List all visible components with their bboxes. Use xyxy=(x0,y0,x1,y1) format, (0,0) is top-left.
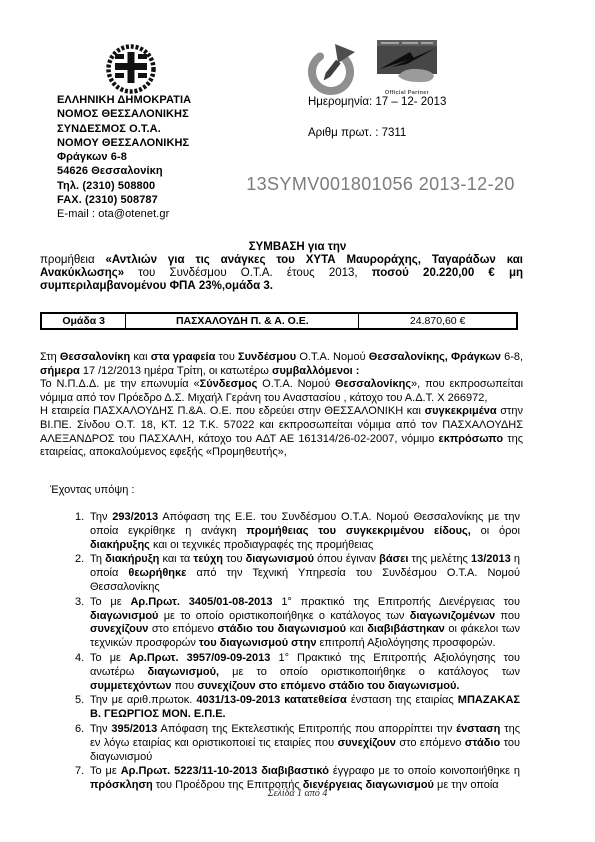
org-line: Φράγκων 6-8 xyxy=(57,150,272,164)
list-item: 4. Το με Αρ.Πρωτ. 3957/09-09-2013 1° Πρα… xyxy=(75,652,520,693)
protocol-number: Αριθμ πρωτ. : 7311 xyxy=(308,127,406,139)
contracting-authority-paragraph: Το Ν.Π.Δ.Δ. με την επωνυμία «Σύνδεσμος Ο… xyxy=(40,378,523,405)
org-line: ΝΟΜΟΥ ΘΕΣΣΑΛΟΝΙΚΗΣ xyxy=(57,136,272,150)
award-table-group-cell: Ομάδα 3 xyxy=(42,314,126,328)
hellenic-republic-emblem-icon xyxy=(102,44,160,96)
award-table: Ομάδα 3 ΠΑΣΧΑΛΟΥΔΗ Π. & Α. Ο.Ε. 24.870,6… xyxy=(40,312,518,330)
org-line: ΝΟΜΟΣ ΘΕΣΣΑΛΟΝΙΚΗΣ xyxy=(57,107,272,121)
contract-title: ΣΥΜΒΑΣΗ για την xyxy=(0,241,595,253)
list-item-number: 2. xyxy=(75,553,90,594)
award-table-supplier-cell: ΠΑΣΧΑΛΟΥΔΗ Π. & Α. Ο.Ε. xyxy=(126,314,359,328)
list-item-number: 6. xyxy=(75,723,90,764)
recycle-arrow-logo-icon xyxy=(301,43,361,97)
registry-code: 13SYMV001801056 2013-12-20 xyxy=(228,174,533,195)
org-line: FAX. (2310) 508787 xyxy=(57,193,272,207)
list-item-text: Την 293/2013 Απόφαση της Ε.Ε. του Συνδέσ… xyxy=(90,511,520,552)
list-item-text: Την με αριθ.πρωτοκ. 4031/13-09-2013 κατα… xyxy=(90,694,520,722)
list-item: 3. Το με Αρ.Πρωτ. 3405/01-08-2013 1° πρα… xyxy=(75,596,520,651)
partner-bird-icon xyxy=(374,40,440,84)
list-item: 6. Την 395/2013 Απόφαση της Εκτελεστικής… xyxy=(75,723,520,764)
document-page: ΕΛΛΗΝΙΚΗ ΔΗΜΟΚΡΑΤΙΑ ΝΟΜΟΣ ΘΕΣΣΑΛΟΝΙΚΗΣ Σ… xyxy=(0,0,595,842)
list-item: 1. Την 293/2013 Απόφαση της Ε.Ε. του Συν… xyxy=(75,511,520,552)
list-item: 2. Τη διακήρυξη και τα τεύχη του διαγωνι… xyxy=(75,553,520,594)
document-date: Ημερομηνία: 17 – 12- 2013 xyxy=(308,96,446,108)
parties-intro-paragraph: Στη Θεσσαλονίκη και στα γραφεία του Συνδ… xyxy=(40,351,523,378)
award-table-amount-cell: 24.870,60 € xyxy=(359,314,516,328)
list-item-text: Το με Αρ.Πρωτ. 3405/01-08-2013 1° πρακτι… xyxy=(90,596,520,651)
official-partner-logo: Official Partner xyxy=(373,40,441,98)
list-item: 5. Την με αριθ.πρωτοκ. 4031/13-09-2013 κ… xyxy=(75,694,520,722)
considerations-list: 1. Την 293/2013 Απόφαση της Ε.Ε. του Συν… xyxy=(75,511,520,794)
list-item-text: Την 395/2013 Απόφαση της Εκτελεστικής Επ… xyxy=(90,723,520,764)
list-item-number: 3. xyxy=(75,596,90,651)
list-item-number: 5. xyxy=(75,694,90,722)
list-item-text: Το με Αρ.Πρωτ. 3957/09-09-2013 1° Πρακτι… xyxy=(90,652,520,693)
page-number-footer: Σελίδα 1 από 4 xyxy=(0,788,595,799)
list-item-number: 4. xyxy=(75,652,90,693)
contract-subject-paragraph: προμήθεια «Αντλιών για τις ανάγκες του Χ… xyxy=(40,254,523,293)
having-regard-label: Έχοντας υπόψη : xyxy=(50,484,134,496)
list-item-text: Τη διακήρυξη και τα τεύχη του διαγωνισμο… xyxy=(90,553,520,594)
org-email-line: E-mail : ota@otenet.gr xyxy=(57,207,272,221)
organisation-address-block: ΕΛΛΗΝΙΚΗ ΔΗΜΟΚΡΑΤΙΑ ΝΟΜΟΣ ΘΕΣΣΑΛΟΝΙΚΗΣ Σ… xyxy=(57,93,272,222)
supplier-company-paragraph: Η εταιρεία ΠΑΣΧΑΛΟΥΔΗΣ Π.&Α. Ο.Ε. που εδ… xyxy=(40,405,523,459)
org-line: ΕΛΛΗΝΙΚΗ ΔΗΜΟΚΡΑΤΙΑ xyxy=(57,93,272,107)
org-line: ΣΥΝΔΕΣΜΟΣ Ο.Τ.Α. xyxy=(57,122,272,136)
list-item-number: 1. xyxy=(75,511,90,552)
contract-parties-section: Στη Θεσσαλονίκη και στα γραφεία του Συνδ… xyxy=(40,351,523,460)
